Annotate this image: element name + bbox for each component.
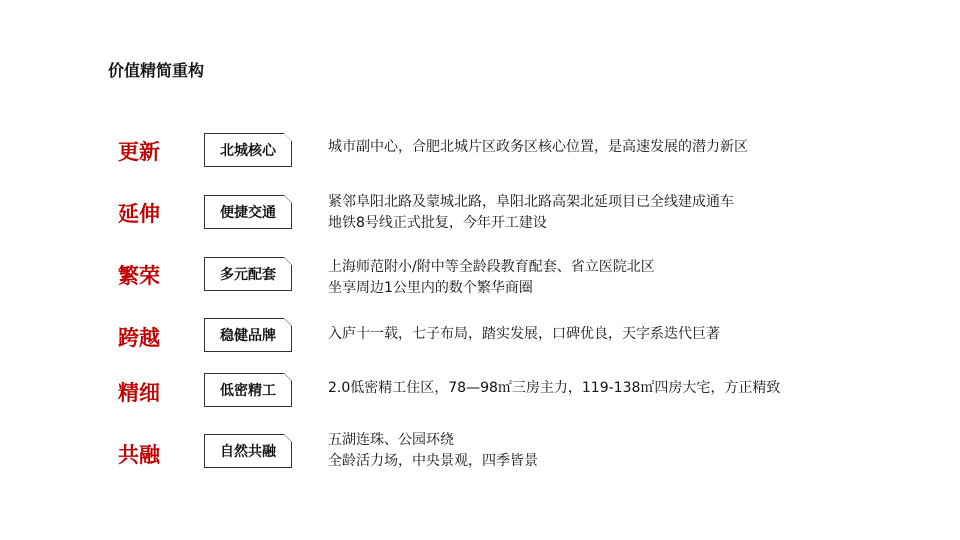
description: 入庐十一载，七子布局，踏实发展，口碑优良，天字系迭代巨著 [328,324,720,345]
keyword-label: 繁荣 [118,260,160,290]
tag-label: 便捷交通 [220,202,276,222]
description-line: 城市副中心，合肥北城片区政务区核心位置，是高速发展的潜力新区 [328,137,748,158]
keyword-label: 更新 [118,136,160,166]
keyword-label: 共融 [118,439,160,469]
description-line: 坐享周边1公里内的数个繁华商圈 [328,278,655,299]
tag-label: 自然共融 [220,441,276,461]
keyword-label: 精细 [118,377,160,407]
tag-label: 多元配套 [220,264,276,284]
description: 城市副中心，合肥北城片区政务区核心位置，是高速发展的潜力新区 [328,137,748,158]
description-line: 上海师范附小/附中等全龄段教育配套、省立医院北区 [328,257,655,278]
tag-box: 低密精工 [204,373,292,407]
keyword-label: 延伸 [118,198,160,228]
tag-box: 稳健品牌 [204,318,292,352]
description: 紧邻阜阳北路及蒙城北路，阜阳北路高架北延项目已全线建成通车 地铁8号线正式批复，… [328,192,734,234]
tag-box: 多元配套 [204,257,292,291]
tag-label: 北城核心 [220,140,276,160]
tag-box: 便捷交通 [204,195,292,229]
description-line: 2.0低密精工住区，78—98㎡三房主力，119-138㎡四房大宅，方正精致 [328,378,780,399]
tag-box: 自然共融 [204,434,292,468]
description-line: 紧邻阜阳北路及蒙城北路，阜阳北路高架北延项目已全线建成通车 [328,192,734,213]
description-line: 五湖连珠、公园环绕 [328,430,538,451]
description: 上海师范附小/附中等全龄段教育配套、省立医院北区 坐享周边1公里内的数个繁华商圈 [328,257,655,299]
tag-label: 稳健品牌 [220,325,276,345]
description-line: 全龄活力场，中央景观，四季皆景 [328,451,538,472]
page-title: 价值精简重构 [108,58,204,81]
description-line: 地铁8号线正式批复，今年开工建设 [328,213,734,234]
tag-label: 低密精工 [220,380,276,400]
description: 2.0低密精工住区，78—98㎡三房主力，119-138㎡四房大宅，方正精致 [328,378,780,399]
keyword-label: 跨越 [118,322,160,352]
description-line: 入庐十一载，七子布局，踏实发展，口碑优良，天字系迭代巨著 [328,324,720,345]
description: 五湖连珠、公园环绕 全龄活力场，中央景观，四季皆景 [328,430,538,472]
tag-box: 北城核心 [204,133,292,167]
